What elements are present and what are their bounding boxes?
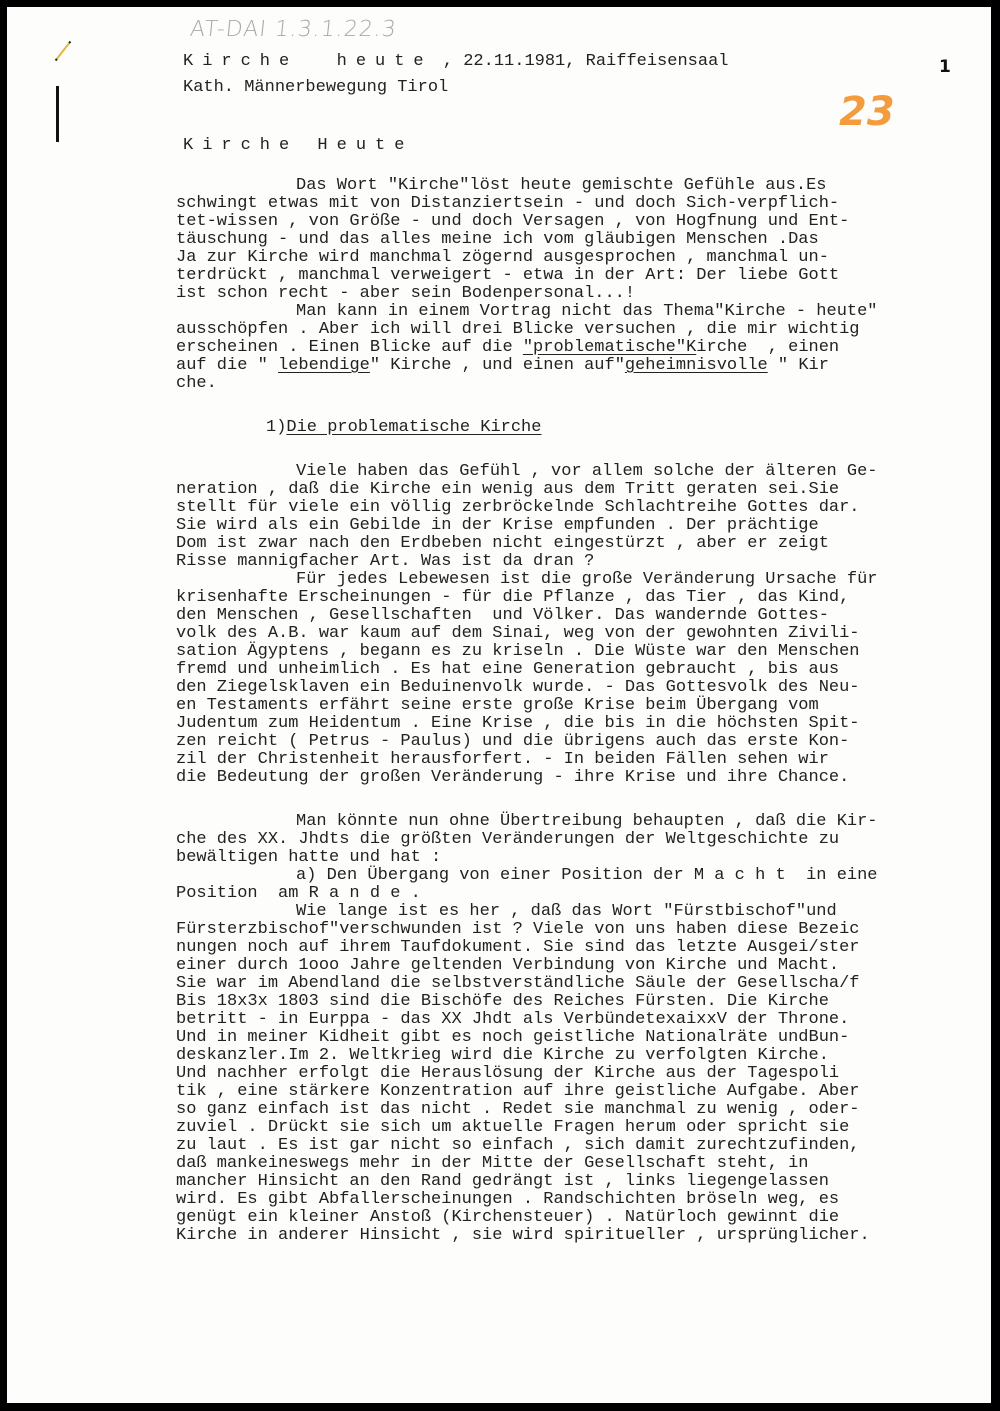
text-segment: Man kann in einem Vortrag nicht das Them… bbox=[296, 302, 878, 321]
text-line: Viele haben das Gefühl , vor allem solch… bbox=[296, 462, 878, 482]
text-line: erscheinen . Einen Blicke auf die "probl… bbox=[176, 338, 839, 358]
text-line: auf die " lebendige" Kirche , und einen … bbox=[176, 356, 829, 376]
archive-stamp: AT-DAI 1.3.1.22.3 bbox=[189, 17, 398, 42]
text-line: che. bbox=[176, 374, 217, 394]
text-line: krisenhafte Erscheinungen - für die Pfla… bbox=[176, 588, 849, 608]
text-line: Kirche in anderer Hinsicht , sie wird sp… bbox=[176, 1226, 870, 1246]
text-line: Risse mannigfacher Art. Was ist da dran … bbox=[176, 552, 594, 572]
text-segment: Viele haben das Gefühl , vor allem solch… bbox=[296, 462, 878, 481]
text-segment: " Kirche , und einen auf" bbox=[370, 356, 625, 375]
document-page: AT-DAI 1.3.1.22.3 23 1 Kirche heute , 22… bbox=[7, 7, 991, 1403]
text-line: Wie lange ist es her , daß das Wort "Für… bbox=[296, 902, 837, 922]
text-line: Das Wort "Kirche"löst heute gemischte Ge… bbox=[296, 176, 827, 196]
text-segment: Das Wort "Kirche"löst heute gemischte Ge… bbox=[296, 176, 827, 195]
text-segment: erscheinen . Einen Blicke auf die bbox=[176, 338, 523, 357]
text-segment: genügt ein kleiner Anstoß (Kirchensteuer… bbox=[176, 1208, 839, 1227]
text-segment: a) Den Übergang von einer Position der M… bbox=[296, 866, 878, 885]
text-segment: die Bedeutung der großen Veränderung - i… bbox=[176, 768, 849, 787]
text-segment: daß mankeineswegs mehr in der Mitte der … bbox=[176, 1154, 809, 1173]
text-line: ist schon recht - aber sein Bodenpersona… bbox=[176, 284, 635, 304]
text-line: fremd und unheimlich . Es hat eine Gener… bbox=[176, 660, 839, 680]
text-segment: ist schon recht - aber sein Bodenpersona… bbox=[176, 284, 635, 303]
text-segment: den Ziegelsklaven ein Beduinenvolk wurde… bbox=[176, 678, 860, 697]
folio-number: 23 bbox=[839, 89, 895, 135]
text-segment: Für jedes Lebewesen ist die große Veränd… bbox=[296, 570, 878, 589]
text-segment: Risse mannigfacher Art. Was ist da dran … bbox=[176, 552, 594, 571]
text-line: daß mankeineswegs mehr in der Mitte der … bbox=[176, 1154, 809, 1174]
text-line: tik , eine stärkere Konzentration auf ih… bbox=[176, 1082, 860, 1102]
text-line: en Testaments erfährt seine erste große … bbox=[176, 696, 819, 716]
underlined-text: lebendige bbox=[278, 356, 370, 375]
text-segment: zu laut . Es ist gar nicht so einfach , … bbox=[176, 1136, 860, 1155]
text-segment: Fürsterzbischof"verschwunden ist ? Viele… bbox=[176, 920, 860, 939]
text-segment: zuviel . Drückt sie sich um aktuelle Fra… bbox=[176, 1118, 849, 1137]
text-line: zuviel . Drückt sie sich um aktuelle Fra… bbox=[176, 1118, 849, 1138]
text-line: den Menschen , Gesellschaften und Völker… bbox=[176, 606, 829, 626]
text-line: nungen noch auf ihrem Taufdokument. Sie … bbox=[176, 938, 860, 958]
text-segment: so ganz einfach ist das nicht . Redet si… bbox=[176, 1100, 860, 1119]
text-segment: che des XX. Jhdts die größten Veränderun… bbox=[176, 830, 839, 849]
text-segment: " Kir bbox=[768, 356, 829, 375]
text-line: deskanzler.Im 2. Weltkrieg wird die Kirc… bbox=[176, 1046, 829, 1066]
text-segment: einer durch 1ooo Jahre geltenden Verbind… bbox=[176, 956, 839, 975]
header-date-venue: , 22.11.1981, Raiffeisensaal bbox=[433, 52, 729, 71]
text-line: die Bedeutung der großen Veränderung - i… bbox=[176, 768, 849, 788]
text-segment: ausschöpfen . Aber ich will drei Blicke … bbox=[176, 320, 860, 339]
underlined-text: "problematische"K bbox=[523, 338, 696, 357]
text-segment: Bis 18x3x 1803 sind die Bischöfe des Rei… bbox=[176, 992, 829, 1011]
text-segment: zen reicht ( Petrus - Paulus) und die üb… bbox=[176, 732, 849, 751]
text-line: che des XX. Jhdts die größten Veränderun… bbox=[176, 830, 839, 850]
text-segment: Und in meiner Kidheit gibt es noch geist… bbox=[176, 1028, 849, 1047]
text-line: Sie wird als ein Gebilde in der Krise em… bbox=[176, 516, 819, 536]
header-title: Kirche heute bbox=[183, 52, 433, 71]
text-segment: nungen noch auf ihrem Taufdokument. Sie … bbox=[176, 938, 860, 957]
text-line: neration , daß die Kirche ein wenig aus … bbox=[176, 480, 839, 500]
text-line: sation Ägyptens , begann es zu kriseln .… bbox=[176, 642, 860, 662]
text-line: genügt ein kleiner Anstoß (Kirchensteuer… bbox=[176, 1208, 839, 1228]
page-number: 1 bbox=[939, 57, 951, 77]
text-segment: betritt - in Eurppa - das XX Jhdt als Ve… bbox=[176, 1010, 849, 1029]
text-line: Sie war im Abendland die selbstverständl… bbox=[176, 974, 860, 994]
text-segment: en Testaments erfährt seine erste große … bbox=[176, 696, 819, 715]
text-line: Position am R a n d e . bbox=[176, 884, 421, 904]
text-segment: tik , eine stärkere Konzentration auf ih… bbox=[176, 1082, 860, 1101]
text-line: terdrückt , manchmal verweigert - etwa i… bbox=[176, 266, 839, 286]
text-segment: Judentum zum Heidentum . Eine Krise , di… bbox=[176, 714, 860, 733]
text-line: zil der Christenheit herausforfert. - In… bbox=[176, 750, 829, 770]
text-segment: terdrückt , manchmal verweigert - etwa i… bbox=[176, 266, 839, 285]
text-segment: Ja zur Kirche wird manchmal zögernd ausg… bbox=[176, 248, 829, 267]
text-segment: bewältigen hatte und hat : bbox=[176, 848, 441, 867]
text-line: Bis 18x3x 1803 sind die Bischöfe des Rei… bbox=[176, 992, 829, 1012]
text-line: bewältigen hatte und hat : bbox=[176, 848, 441, 868]
text-segment: fremd und unheimlich . Es hat eine Gener… bbox=[176, 660, 839, 679]
text-segment: mancher Hinsicht an den Rand gedrängt is… bbox=[176, 1172, 829, 1191]
text-line: mancher Hinsicht an den Rand gedrängt is… bbox=[176, 1172, 829, 1192]
underlined-text: geheimnisvolle bbox=[625, 356, 768, 375]
text-line: Dom ist zwar nach den Erdbeben nicht ein… bbox=[176, 534, 829, 554]
text-segment: 1) bbox=[266, 418, 286, 437]
header-organizer: Kath. Männerbewegung Tirol bbox=[183, 78, 448, 98]
text-line: Judentum zum Heidentum . Eine Krise , di… bbox=[176, 714, 860, 734]
text-segment: Dom ist zwar nach den Erdbeben nicht ein… bbox=[176, 534, 829, 553]
text-line: tet-wissen , von Größe - und doch Versag… bbox=[176, 212, 849, 232]
text-line: ausschöpfen . Aber ich will drei Blicke … bbox=[176, 320, 860, 340]
header-line: Kirche heute , 22.11.1981, Raiffeisensaa… bbox=[183, 52, 728, 72]
text-line: täuschung - und das alles meine ich vom … bbox=[176, 230, 819, 250]
text-line: stellt für viele ein völlig zerbröckelnd… bbox=[176, 498, 860, 518]
text-segment: sation Ägyptens , begann es zu kriseln .… bbox=[176, 642, 860, 661]
text-line: volk des A.B. war kaum auf dem Sinai, we… bbox=[176, 624, 860, 644]
text-segment: stellt für viele ein völlig zerbröckelnd… bbox=[176, 498, 860, 517]
text-line: schwingt etwas mit von Distanziertsein -… bbox=[176, 194, 839, 214]
text-segment: volk des A.B. war kaum auf dem Sinai, we… bbox=[176, 624, 860, 643]
text-segment: täuschung - und das alles meine ich vom … bbox=[176, 230, 819, 249]
text-segment: irche , einen bbox=[696, 338, 839, 357]
text-segment: neration , daß die Kirche ein wenig aus … bbox=[176, 480, 839, 499]
text-line: Und in meiner Kidheit gibt es noch geist… bbox=[176, 1028, 849, 1048]
text-segment: den Menschen , Gesellschaften und Völker… bbox=[176, 606, 829, 625]
pencil-tick-mark-icon bbox=[55, 41, 71, 61]
text-line: Für jedes Lebewesen ist die große Veränd… bbox=[296, 570, 878, 590]
text-segment: Man könnte nun ohne Übertreibung behaupt… bbox=[296, 812, 878, 831]
text-line: den Ziegelsklaven ein Beduinenvolk wurde… bbox=[176, 678, 860, 698]
text-line: zen reicht ( Petrus - Paulus) und die üb… bbox=[176, 732, 849, 752]
margin-bar-mark bbox=[56, 86, 59, 142]
text-segment: tet-wissen , von Größe - und doch Versag… bbox=[176, 212, 849, 231]
text-line: Fürsterzbischof"verschwunden ist ? Viele… bbox=[176, 920, 860, 940]
text-line: wird. Es gibt Abfallerscheinungen . Rand… bbox=[176, 1190, 839, 1210]
text-segment: Sie war im Abendland die selbstverständl… bbox=[176, 974, 860, 993]
text-segment: Und nachher erfolgt die Herauslösung der… bbox=[176, 1064, 839, 1083]
text-line: 1)Die problematische Kirche bbox=[266, 418, 541, 438]
text-segment: Wie lange ist es her , daß das Wort "Für… bbox=[296, 902, 837, 921]
text-segment: che. bbox=[176, 374, 217, 393]
text-line: zu laut . Es ist gar nicht so einfach , … bbox=[176, 1136, 860, 1156]
underlined-text: Die problematische Kirche bbox=[286, 418, 541, 437]
text-segment: Kirche in anderer Hinsicht , sie wird sp… bbox=[176, 1226, 870, 1245]
document-heading: Kirche Heute bbox=[183, 136, 413, 156]
text-line: a) Den Übergang von einer Position der M… bbox=[296, 866, 878, 886]
text-line: Ja zur Kirche wird manchmal zögernd ausg… bbox=[176, 248, 829, 268]
text-line: betritt - in Eurppa - das XX Jhdt als Ve… bbox=[176, 1010, 849, 1030]
text-line: einer durch 1ooo Jahre geltenden Verbind… bbox=[176, 956, 839, 976]
text-line: Man könnte nun ohne Übertreibung behaupt… bbox=[296, 812, 878, 832]
typewritten-text: Kirche heute , 22.11.1981, Raiffeisensaa… bbox=[7, 7, 48, 140]
text-line: Man kann in einem Vortrag nicht das Them… bbox=[296, 302, 878, 322]
text-segment: deskanzler.Im 2. Weltkrieg wird die Kirc… bbox=[176, 1046, 829, 1065]
text-segment: auf die " bbox=[176, 356, 278, 375]
text-segment: Position am R a n d e . bbox=[176, 884, 421, 903]
text-segment: schwingt etwas mit von Distanziertsein -… bbox=[176, 194, 839, 213]
text-line: so ganz einfach ist das nicht . Redet si… bbox=[176, 1100, 860, 1120]
text-segment: zil der Christenheit herausforfert. - In… bbox=[176, 750, 829, 769]
text-line: Und nachher erfolgt die Herauslösung der… bbox=[176, 1064, 839, 1084]
text-segment: Sie wird als ein Gebilde in der Krise em… bbox=[176, 516, 819, 535]
text-segment: wird. Es gibt Abfallerscheinungen . Rand… bbox=[176, 1190, 839, 1209]
text-segment: krisenhafte Erscheinungen - für die Pfla… bbox=[176, 588, 849, 607]
